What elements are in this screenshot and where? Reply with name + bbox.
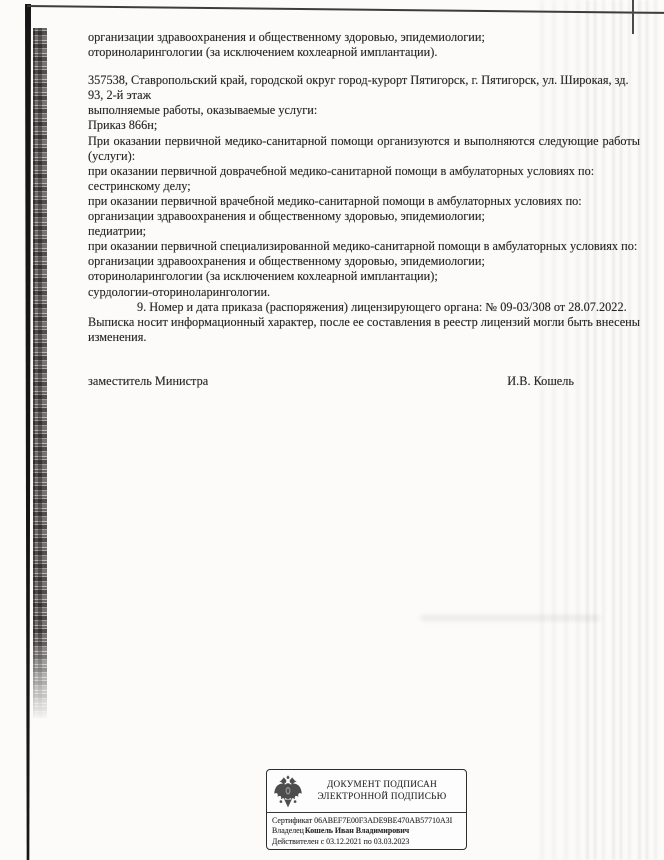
- signature-row: заместитель Министра И.В. Кошель: [88, 374, 640, 389]
- scan-top-right-line: [632, 0, 634, 34]
- scan-smudge: [420, 615, 600, 621]
- works-services-header: выполняемые работы, оказываемые услуги:: [88, 103, 640, 118]
- stamp-details: Сертификат 06ABEF7E00F3ADE9BE470AB57710A…: [267, 813, 466, 847]
- certificate-number: 06ABEF7E00F3ADE9BE470AB57710A3I: [314, 816, 452, 825]
- stamp-title-line1: ДОКУМЕНТ ПОДПИСАН: [303, 779, 461, 791]
- owner-line: ВладелецКошель Иван Владимирович: [272, 826, 466, 836]
- stamp-title: ДОКУМЕНТ ПОДПИСАН ЭЛЕКТРОННОЙ ПОДПИСЬЮ: [303, 779, 463, 802]
- certificate-label: Сертификат: [272, 816, 312, 825]
- service-item: педиатрии;: [88, 224, 640, 239]
- certificate-line: Сертификат 06ABEF7E00F3ADE9BE470AB57710A…: [272, 816, 466, 826]
- address-paragraph: 357538, Ставропольский край, городской о…: [88, 73, 640, 103]
- physician-care-paragraph: при оказании первичной врачебной медико-…: [88, 194, 640, 209]
- validity-line: Действителен с 03.12.2021 по 03.03.2023: [272, 837, 466, 847]
- scanned-license-page: организации здравоохранения и общественн…: [0, 0, 664, 860]
- service-item: оториноларингологии (за исключением кохл…: [88, 269, 640, 284]
- signer-name: И.В. Кошель: [507, 374, 574, 389]
- specialized-care-paragraph: при оказании первичной специализированно…: [88, 239, 640, 254]
- stamp-title-line2: ЭЛЕКТРОННОЙ ПОДПИСЬЮ: [303, 791, 461, 803]
- service-item: сестринскому делу;: [88, 179, 640, 194]
- russian-coat-of-arms-eagle-icon: [273, 774, 303, 810]
- digital-signature-stamp: ДОКУМЕНТ ПОДПИСАН ЭЛЕКТРОННОЙ ПОДПИСЬЮ С…: [266, 769, 467, 850]
- primary-care-paragraph: При оказании первичной медико-санитарной…: [88, 134, 640, 164]
- pre-medical-care-paragraph: при оказании первичной доврачебной медик…: [88, 164, 640, 179]
- informational-note: Выписка носит информационный характер, п…: [88, 315, 640, 345]
- order-number-item: 9. Номер и дата приказа (распоряжения) л…: [88, 300, 640, 315]
- owner-name: Кошель Иван Владимирович: [305, 826, 409, 835]
- stamp-header: ДОКУМЕНТ ПОДПИСАН ЭЛЕКТРОННОЙ ПОДПИСЬЮ: [267, 770, 466, 810]
- service-item: оториноларингологии (за исключением кохл…: [88, 45, 640, 60]
- service-item: организации здравоохранения и общественн…: [88, 254, 640, 269]
- document-body: организации здравоохранения и общественн…: [88, 30, 640, 389]
- order-reference: Приказ 866н;: [88, 118, 640, 133]
- owner-label: Владелец: [272, 826, 304, 835]
- service-item: сурдологии-оториноларингологии.: [88, 285, 640, 300]
- service-item: организации здравоохранения и общественн…: [88, 30, 640, 45]
- binding-shadow-strip: [33, 28, 47, 718]
- service-item: организации здравоохранения и общественн…: [88, 209, 640, 224]
- signer-role: заместитель Министра: [88, 374, 208, 389]
- scan-edge-bar: [25, 4, 31, 860]
